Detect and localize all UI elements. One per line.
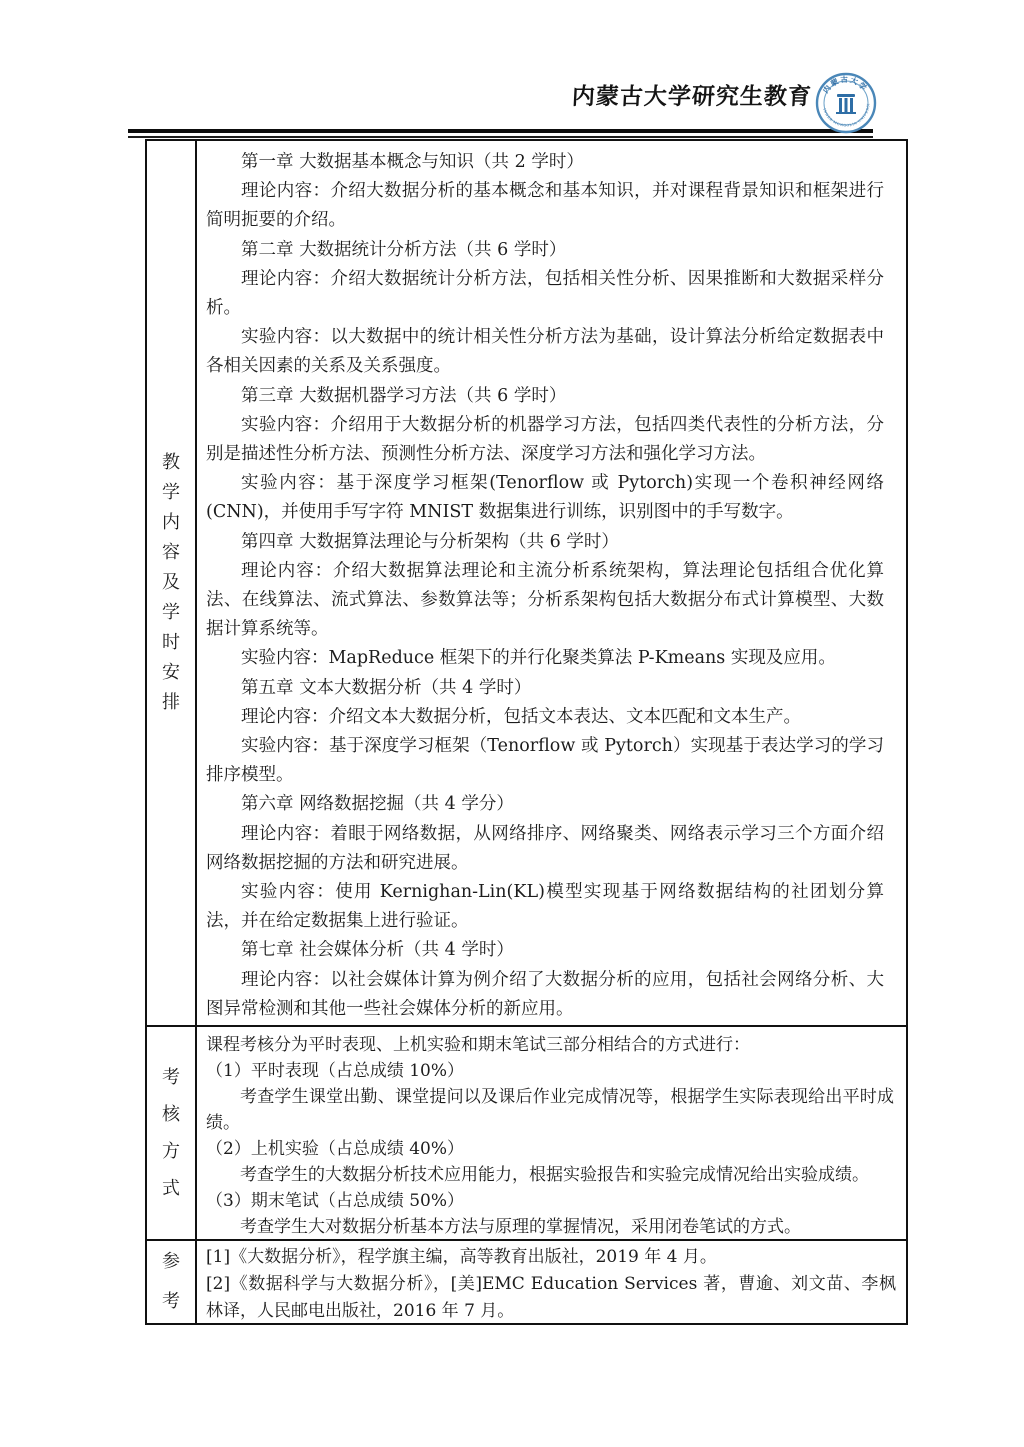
paragraph: 第四章 大数据算法理论与分析架构（共 6 学时） [206,528,884,557]
row-content-references: [1]《大数据分析》，程学旗主编，高等教育出版社，2019 年 4 月。[2]《… [197,1241,906,1323]
row-label-references: 参考 [147,1241,197,1323]
paragraph: 考查学生课堂出勤、课堂提问以及课后作业完成情况等，根据学生实际表现给出平时成绩。 [206,1084,894,1136]
paragraph: （2）上机实验（占总成绩 40%） [206,1136,894,1162]
paragraph: 理论内容：介绍文本大数据分析，包括文本表达、文本匹配和文本生产。 [206,703,884,732]
row-label-char: 内 [162,508,180,538]
paragraph: 理论内容：介绍大数据统计分析方法，包括相关性分析、因果推断和大数据采样分析。 [206,265,884,323]
paragraph: 第五章 文本大数据分析（共 4 学时） [206,674,884,703]
row-label-char: 排 [162,688,180,718]
paragraph: 理论内容：着眼于网络数据，从网络排序、网络聚类、网络表示学习三个方面介绍网络数据… [206,820,884,878]
row-content-assessment-method: 课程考核分为平时表现、上机实验和期末笔试三部分相结合的方式进行：（1）平时表现（… [197,1027,906,1239]
paragraph: 实验内容：使用幂律分布建模兴趣点之间的地理影响和距离关系，实现基于网络影响力的社… [206,1024,884,1025]
university-seal-icon: 内蒙古大学 INNER MONGOLIA UNIVERSITY [815,72,877,134]
row-label-char: 教 [162,448,180,478]
paragraph: [2]《数据科学与大数据分析》，[美]EMC Education Service… [206,1271,896,1323]
paragraph: 实验内容：使用 Kernighan-Lin(KL)模型实现基于网络数据结构的社团… [206,878,884,936]
row-label-char: 方 [162,1133,180,1170]
paragraph: 实验内容：基于深度学习框架(Tenorflow 或 Pytorch)实现一个卷积… [206,469,884,527]
row-label-char: 安 [162,658,180,688]
header-rule-thin [128,136,873,138]
row-content-teaching-content: 第一章 大数据基本概念与知识（共 2 学时）理论内容：介绍大数据分析的基本概念和… [197,141,906,1025]
table-row-teaching-content: 教学内容及学时安排 第一章 大数据基本概念与知识（共 2 学时）理论内容：介绍大… [147,141,906,1025]
paragraph: （1）平时表现（占总成绩 10%） [206,1058,894,1084]
paragraph: 实验内容：以大数据中的统计相关性分析方法为基础，设计算法分析给定数据表中各相关因… [206,323,884,381]
paragraph: 实验内容：MapReduce 框架下的并行化聚类算法 P-Kmeans 实现及应… [206,644,884,673]
paragraph: 考查学生大对数据分析基本方法与原理的掌握情况，采用闭卷笔试的方式。 [206,1214,894,1239]
row-label-char: 核 [162,1096,180,1133]
paragraph: （3）期末笔试（占总成绩 50%） [206,1188,894,1214]
row-label-assessment-method: 考核方式 [147,1027,197,1239]
row-label-char: 考 [162,1059,180,1096]
row-label-char: 式 [162,1170,180,1207]
paragraph: 第二章 大数据统计分析方法（共 6 学时） [206,236,884,265]
seal-gate-emblem [836,94,856,114]
row-label-char: 学 [162,598,180,628]
row-label-char: 时 [162,628,180,658]
table-row-assessment-method: 考核方式 课程考核分为平时表现、上机实验和期末笔试三部分相结合的方式进行：（1）… [147,1025,906,1239]
row-label-char: 容 [162,538,180,568]
paragraph: 理论内容：介绍大数据算法理论和主流分析系统架构，算法理论包括组合优化算法、在线算… [206,557,884,645]
paragraph: 课程考核分为平时表现、上机实验和期末笔试三部分相结合的方式进行： [206,1032,894,1058]
paragraph: [1]《大数据分析》，程学旗主编，高等教育出版社，2019 年 4 月。 [206,1244,896,1271]
row-label-teaching-content: 教学内容及学时安排 [147,141,197,1025]
paragraph: 第一章 大数据基本概念与知识（共 2 学时） [206,148,884,177]
row-label-char: 考 [162,1282,180,1322]
row-label-char: 参 [162,1242,180,1282]
row-label-char: 及 [162,568,180,598]
document-page: 内蒙古大学研究生教育 内蒙古大学 INNER MONGOLIA UNIVERSI… [0,0,1024,1447]
header-title: 内蒙古大学研究生教育 [555,78,813,111]
paragraph: 第六章 网络数据挖掘（共 4 学分） [206,790,884,819]
paragraph: 实验内容：介绍用于大数据分析的机器学习方法，包括四类代表性的分析方法，分别是描述… [206,411,884,469]
paragraph: 理论内容：以社会媒体计算为例介绍了大数据分析的应用，包括社会网络分析、大图异常检… [206,966,884,1024]
table-row-references: 参考 [1]《大数据分析》，程学旗主编，高等教育出版社，2019 年 4 月。[… [147,1239,906,1323]
paragraph: 考查学生的大数据分析技术应用能力，根据实验报告和实验完成情况给出实验成绩。 [206,1162,894,1188]
row-label-char: 学 [162,478,180,508]
header-rule-thick [128,129,873,133]
paragraph: 实验内容：基于深度学习框架（Tenorflow 或 Pytorch）实现基于表达… [206,732,884,790]
paragraph: 理论内容：介绍大数据分析的基本概念和基本知识，并对课程背景知识和框架进行简明扼要… [206,177,884,235]
syllabus-table: 教学内容及学时安排 第一章 大数据基本概念与知识（共 2 学时）理论内容：介绍大… [145,139,908,1325]
paragraph: 第七章 社会媒体分析（共 4 学时） [206,936,884,965]
paragraph: 第三章 大数据机器学习方法（共 6 学时） [206,382,884,411]
